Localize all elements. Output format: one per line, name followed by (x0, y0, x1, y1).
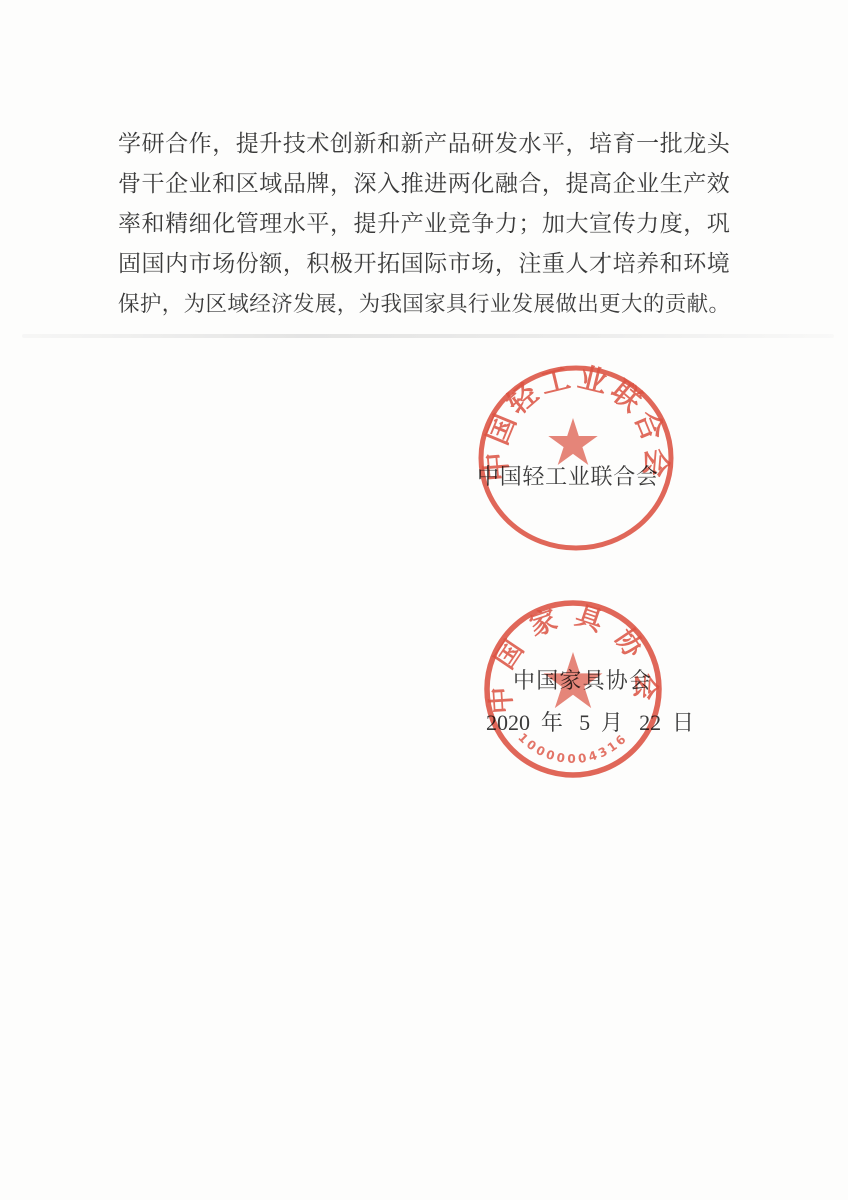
paragraph-line: 固国内市场份额，积极开拓国际市场，注重人才培养和环境 (118, 244, 730, 284)
paragraph-line: 骨干企业和区域品牌，深入推进两化融合，提高企业生产效 (118, 164, 730, 204)
document-page: 学研合作，提升技术创新和新产品研发水平，培育一批龙头 骨干企业和区域品牌，深入推… (0, 0, 848, 1200)
furniture-association-seal: 中国家具协会 1100000043168 (478, 594, 668, 784)
paragraph-line: 率和精细化管理水平，提升产业竞争力；加大宣传力度，巩 (118, 204, 730, 244)
star-icon (544, 652, 603, 708)
paragraph-line: 保护，为区域经济发展，为我国家具行业发展做出更大的贡献。 (118, 284, 730, 324)
scan-artifact-line (22, 334, 834, 338)
seal-ring-text: 中国轻工业联合会 (478, 360, 674, 483)
light-industry-council-seal: 中国轻工业联合会 (476, 358, 676, 558)
star-icon (548, 418, 597, 465)
body-paragraph: 学研合作，提升技术创新和新产品研发水平，培育一批龙头 骨干企业和区域品牌，深入推… (118, 124, 730, 324)
svg-text:中国轻工业联合会: 中国轻工业联合会 (478, 360, 674, 483)
paragraph-line: 学研合作，提升技术创新和新产品研发水平，培育一批龙头 (118, 124, 730, 164)
